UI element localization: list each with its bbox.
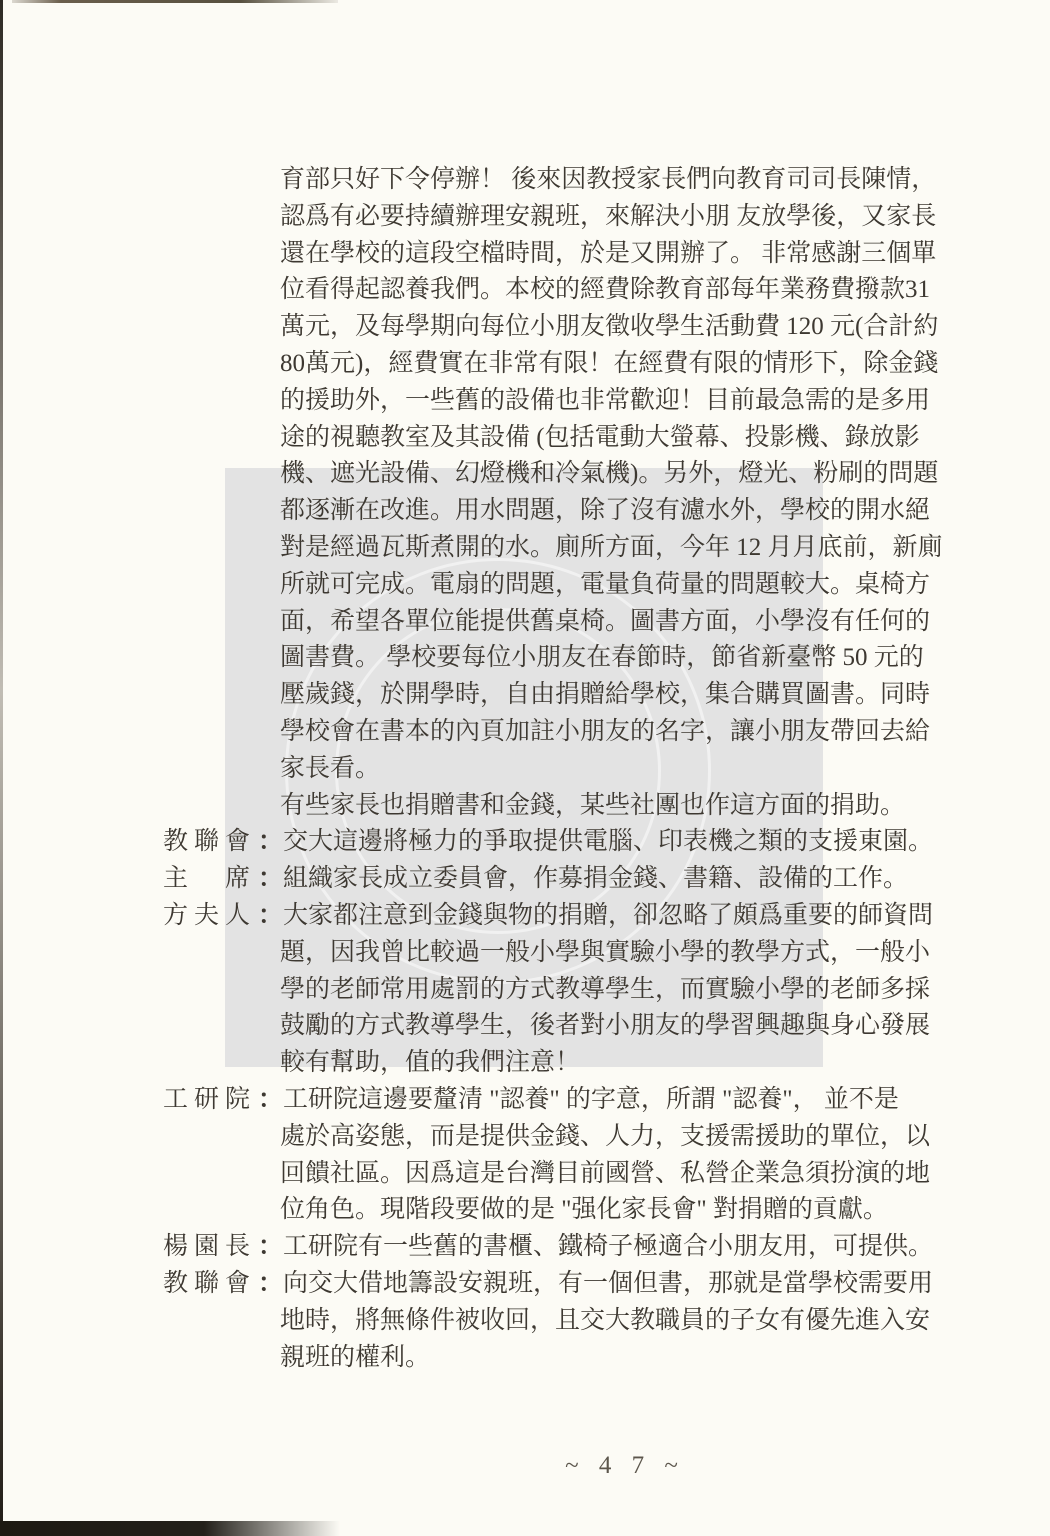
- dialogue-continuation-line: 親班的權利。: [163, 1340, 963, 1377]
- speaker-colon: ：: [258, 898, 283, 935]
- paragraph-line: 圖書費。 學校要每位小朋友在春節時，節省新臺幣 50 元的: [163, 640, 963, 677]
- dialogue-continuation-line: 地時，將無條件被收回，且交大教職員的子女有優先進入安: [163, 1303, 963, 1340]
- paragraph-line: 壓歲錢，於開學時，自由捐贈給學校，集合購買圖書。同時: [163, 677, 963, 714]
- dialogue-continuation-line: 回饋社區。因爲這是台灣目前國營、私營企業急須扮演的地: [163, 1156, 963, 1193]
- paragraph-line: 面，希望各單位能提供舊桌椅。圖書方面，小學沒有任何的: [163, 604, 963, 641]
- scanned-document-page: 育部只好下令停辦！ 後來因教授家長們向教育司司長陳情，認爲有必要持續辦理安親班，…: [0, 0, 1050, 1536]
- paragraph-line: 認爲有必要持續辦理安親班，來解決小朋 友放學後，又家長: [163, 199, 963, 236]
- speaker-colon: ：: [258, 1229, 283, 1266]
- dialogue-continuation-line: 題，因我曾比較過一般小學與實驗小學的教學方式，一般小: [163, 935, 963, 972]
- dialogue-text: 工研院有一些舊的書櫃、鐵椅子極適合小朋友用，可提供。: [283, 1229, 933, 1266]
- speaker-colon: ：: [258, 861, 283, 898]
- paragraph-line: 所就可完成。電扇的問題，電量負荷量的問題較大。桌椅方: [163, 567, 963, 604]
- dialogue-line: 工研院：工研院這邊要釐清 "認養" 的字意，所謂 "認養"， 並不是: [163, 1082, 963, 1119]
- dialogue-continuation-line: 位角色。現階段要做的是 "强化家長會" 對捐贈的貢獻。: [163, 1192, 963, 1229]
- paragraph-line: 萬元，及每學期向每位小朋友徵收學生活動費 120 元(合計約: [163, 309, 963, 346]
- dialogue-text: 大家都注意到金錢與物的捐贈，卻忽略了頗爲重要的師資問: [283, 898, 933, 935]
- dialogue-continuation-line: 較有幫助，值的我們注意！: [163, 1045, 963, 1082]
- dialogue-text: 工研院這邊要釐清 "認養" 的字意，所謂 "認養"， 並不是: [283, 1082, 899, 1119]
- dialogue-line: 主 席：組織家長成立委員會，作募捐金錢、書籍、設備的工作。: [163, 861, 963, 898]
- dialogue-continuation-line: 鼓勵的方式教導學生，後者對小朋友的學習興趣與身心發展: [163, 1008, 963, 1045]
- paragraph-line: 學校會在書本的內頁加註小朋友的名字，讓小朋友帶回去給: [163, 714, 963, 751]
- paragraph-line: 都逐漸在改進。用水問題，除了沒有濾水外，學校的開水絕: [163, 493, 963, 530]
- speaker-label: 方夫人: [163, 898, 258, 935]
- paragraph-line: 有些家長也捐贈書和金錢，某些社團也作這方面的捐助。: [163, 788, 963, 825]
- dialogue-line: 楊園長：工研院有一些舊的書櫃、鐵椅子極適合小朋友用，可提供。: [163, 1229, 963, 1266]
- paragraph-line: 對是經過瓦斯煮開的水。廁所方面，今年 12 月月底前，新廁: [163, 530, 963, 567]
- dialogue-line: 方夫人：大家都注意到金錢與物的捐贈，卻忽略了頗爲重要的師資問: [163, 898, 963, 935]
- scan-edge-top: [12, 0, 338, 3]
- paragraph-line: 家長看。: [163, 751, 963, 788]
- scan-edge-left: [0, 0, 3, 1536]
- dialogue-line: 教聯會：交大這邊將極力的爭取提供電腦、印表機之類的支援東園。: [163, 824, 963, 861]
- dialogue-continuation-line: 處於高姿態，而是提供金錢、人力，支援需援助的單位，以: [163, 1119, 963, 1156]
- page-number: ~ 4 7 ~: [540, 1452, 710, 1480]
- dialogue-text: 交大這邊將極力的爭取提供電腦、印表機之類的支援東園。: [283, 824, 933, 861]
- dialogue-line: 教聯會：向交大借地籌設安親班，有一個但書，那就是當學校需要用: [163, 1266, 963, 1303]
- speaker-label: 教聯會: [163, 1266, 258, 1303]
- paragraph-line: 的援助外，一些舊的設備也非常歡迎！目前最急需的是多用: [163, 383, 963, 420]
- scan-edge-bottom: [0, 1521, 340, 1536]
- speaker-label: 楊園長: [163, 1229, 258, 1266]
- speaker-colon: ：: [258, 1082, 283, 1119]
- paragraph-line: 育部只好下令停辦！ 後來因教授家長們向教育司司長陳情，: [163, 162, 963, 199]
- document-text-block: 育部只好下令停辦！ 後來因教授家長們向教育司司長陳情，認爲有必要持續辦理安親班，…: [163, 162, 963, 1376]
- paragraph-line: 機、遮光設備、幻燈機和冷氣機)。另外，燈光、粉刷的問題: [163, 456, 963, 493]
- dialogue-text: 向交大借地籌設安親班，有一個但書，那就是當學校需要用: [283, 1266, 933, 1303]
- speaker-colon: ：: [258, 824, 283, 861]
- paragraph-line: 80萬元)，經費實在非常有限！在經費有限的情形下，除金錢: [163, 346, 963, 383]
- paragraph-line: 位看得起認養我們。本校的經費除教育部每年業務費撥款31: [163, 272, 963, 309]
- paragraph-line: 途的視聽教室及其設備 (包括電動大螢幕、投影機、錄放影: [163, 420, 963, 457]
- speaker-label: 主 席: [163, 861, 258, 898]
- paragraph-line: 還在學校的這段空檔時間，於是又開辦了。 非常感謝三個單: [163, 236, 963, 273]
- speaker-colon: ：: [258, 1266, 283, 1303]
- speaker-label: 教聯會: [163, 824, 258, 861]
- dialogue-text: 組織家長成立委員會，作募捐金錢、書籍、設備的工作。: [283, 861, 908, 898]
- speaker-label: 工研院: [163, 1082, 258, 1119]
- dialogue-continuation-line: 學的老師常用處罰的方式教導學生，而實驗小學的老師多採: [163, 972, 963, 1009]
